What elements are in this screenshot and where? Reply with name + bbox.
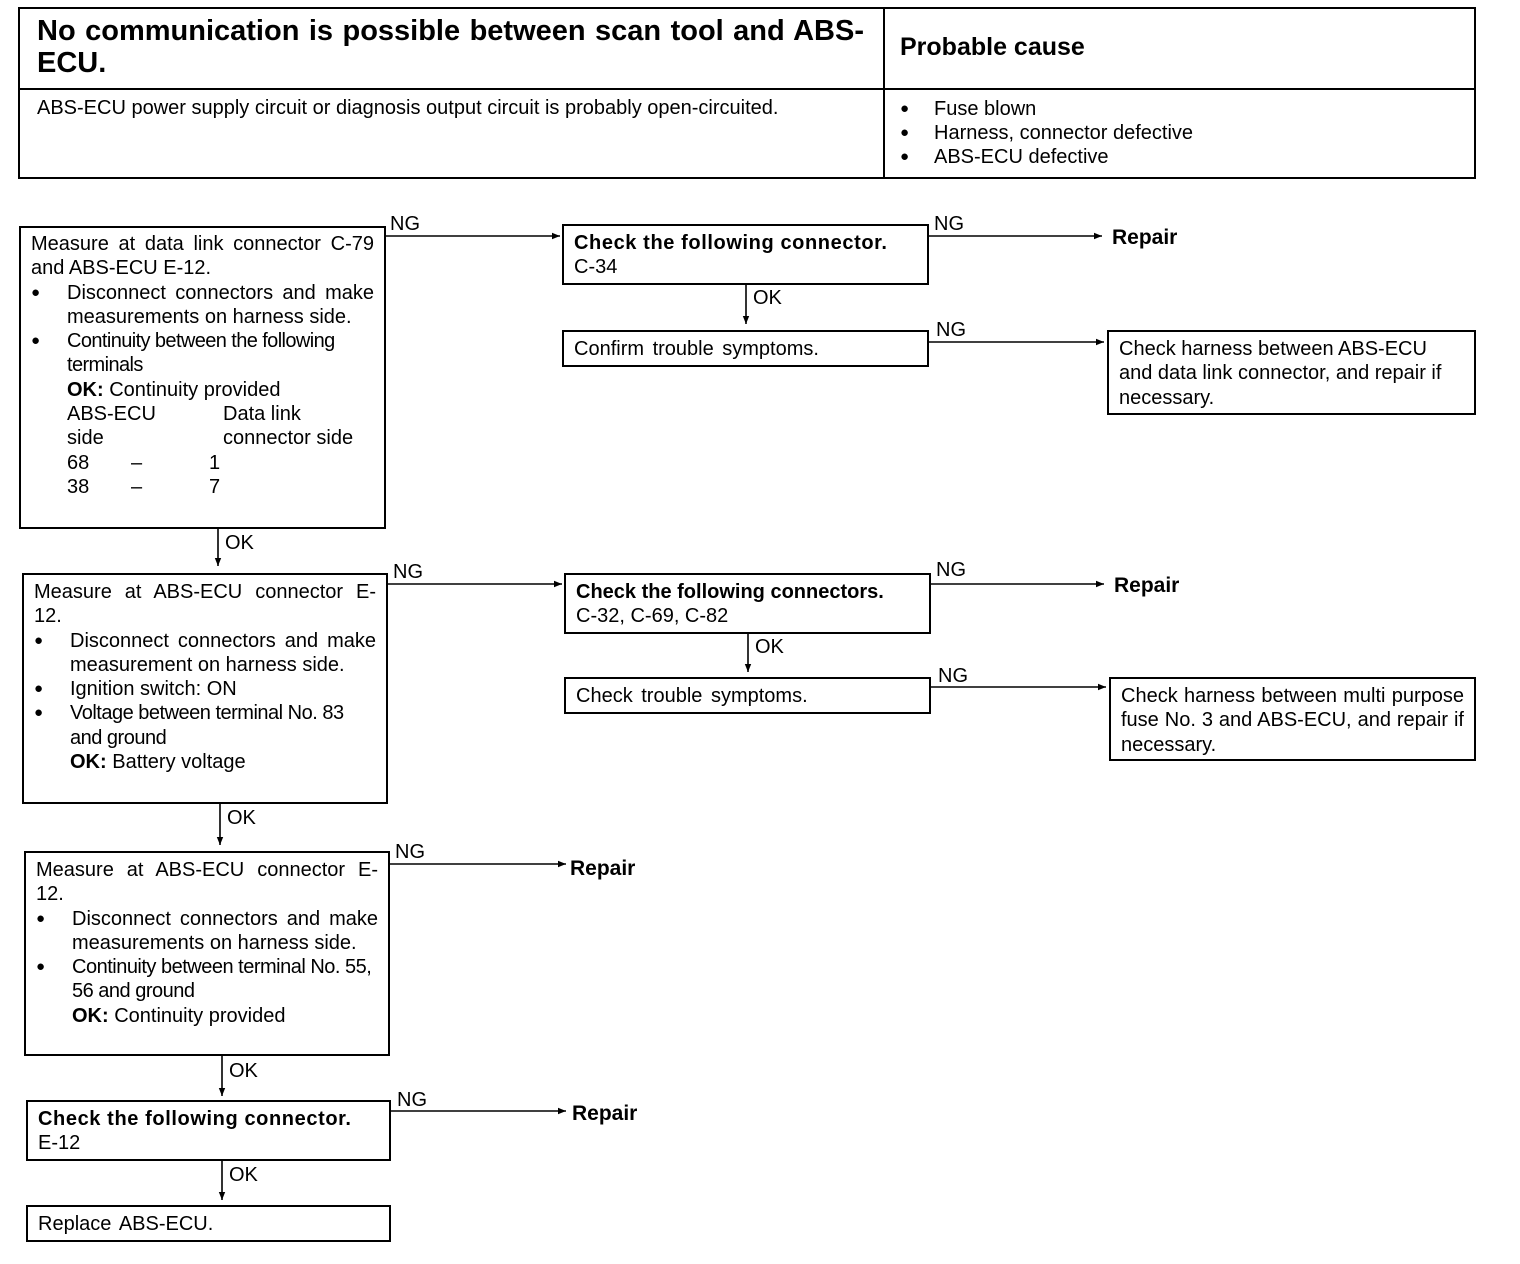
step3-ok-criteria: OK: Continuity provided — [36, 1004, 378, 1028]
check-connector-e12-box: Check the following connector. E-12 — [26, 1100, 391, 1161]
bullet-icon: ● — [31, 329, 40, 353]
step2-ok-criteria: OK: Battery voltage — [34, 750, 376, 774]
step2-bullet: ●Voltage between terminal No. 83 and gro… — [34, 701, 376, 750]
connector-id: E-12 — [38, 1131, 379, 1155]
ok-label: OK — [755, 637, 784, 657]
check-title: Check the following connector. — [38, 1107, 379, 1131]
step1-bullet: ●Continuity between the following termin… — [31, 329, 374, 378]
bullet-icon: ● — [36, 907, 45, 931]
step2-bullet: ●Disconnect connectors and make measurem… — [34, 629, 376, 678]
step2-box: Measure at ABS-ECU connector E-12. ●Disc… — [22, 573, 388, 804]
ng-label: NG — [390, 214, 420, 234]
step1-ok-criteria: OK: Continuity provided — [31, 378, 374, 402]
ng-label: NG — [397, 1090, 427, 1110]
ok-label: OK — [229, 1165, 258, 1185]
col-header-ecu: ABS-ECU side — [67, 402, 223, 451]
repair-action: Repair — [1112, 226, 1177, 250]
check-title: Check the following connector. — [574, 231, 917, 255]
repair-action: Repair — [572, 1102, 637, 1126]
bullet-icon: ● — [34, 629, 43, 653]
repair-action: Repair — [1114, 574, 1179, 598]
step1-bullet: ●Disconnect connectors and make measurem… — [31, 281, 374, 330]
ok-label: OK — [227, 808, 256, 828]
ok-label: OK — [753, 288, 782, 308]
ok-label: OK — [225, 533, 254, 553]
step1-intro: Measure at data link connector C-79 and … — [31, 232, 374, 281]
connector-ids: C-32, C-69, C-82 — [576, 604, 919, 628]
check-harness-box-2: Check harness between multi purpose fuse… — [1109, 677, 1476, 761]
check-harness-box-1: Check harness between ABS-ECU and data l… — [1107, 330, 1476, 415]
col-header-dlc: Data link connector side — [223, 402, 374, 451]
ng-label: NG — [936, 320, 966, 340]
bullet-icon: ● — [31, 281, 40, 305]
confirm-symptoms-box: Confirm trouble symptoms. — [562, 330, 929, 367]
step3-intro: Measure at ABS-ECU connector E-12. — [36, 858, 378, 907]
terminal-table-row: 38–7 — [31, 475, 374, 499]
replace-ecu-box: Replace ABS-ECU. — [26, 1205, 391, 1242]
check-title: Check the following connectors. — [576, 580, 919, 604]
bullet-icon: ● — [34, 677, 43, 701]
step3-bullet: ●Disconnect connectors and make measurem… — [36, 907, 378, 956]
connector-id: C-34 — [574, 255, 917, 279]
step2-bullet: ●Ignition switch: ON — [34, 677, 376, 701]
ok-label: OK — [229, 1061, 258, 1081]
bullet-icon: ● — [36, 955, 45, 979]
ng-label: NG — [934, 214, 964, 234]
ng-label: NG — [395, 842, 425, 862]
terminal-table-header: ABS-ECU side Data link connector side — [31, 402, 374, 451]
step2-intro: Measure at ABS-ECU connector E-12. — [34, 580, 376, 629]
repair-action: Repair — [570, 857, 635, 881]
check-symptoms-box: Check trouble symptoms. — [564, 677, 931, 714]
check-connector-c34-box: Check the following connector. C-34 — [562, 224, 929, 285]
terminal-table-row: 68–1 — [31, 451, 374, 475]
step3-bullet: ●Continuity between terminal No. 55, 56 … — [36, 955, 378, 1004]
step3-box: Measure at ABS-ECU connector E-12. ●Disc… — [24, 851, 390, 1056]
ng-label: NG — [938, 666, 968, 686]
ng-label: NG — [936, 560, 966, 580]
bullet-icon: ● — [34, 701, 43, 725]
ng-label: NG — [393, 562, 423, 582]
check-connectors-box: Check the following connectors. C-32, C-… — [564, 573, 931, 634]
step1-box: Measure at data link connector C-79 and … — [19, 226, 386, 529]
